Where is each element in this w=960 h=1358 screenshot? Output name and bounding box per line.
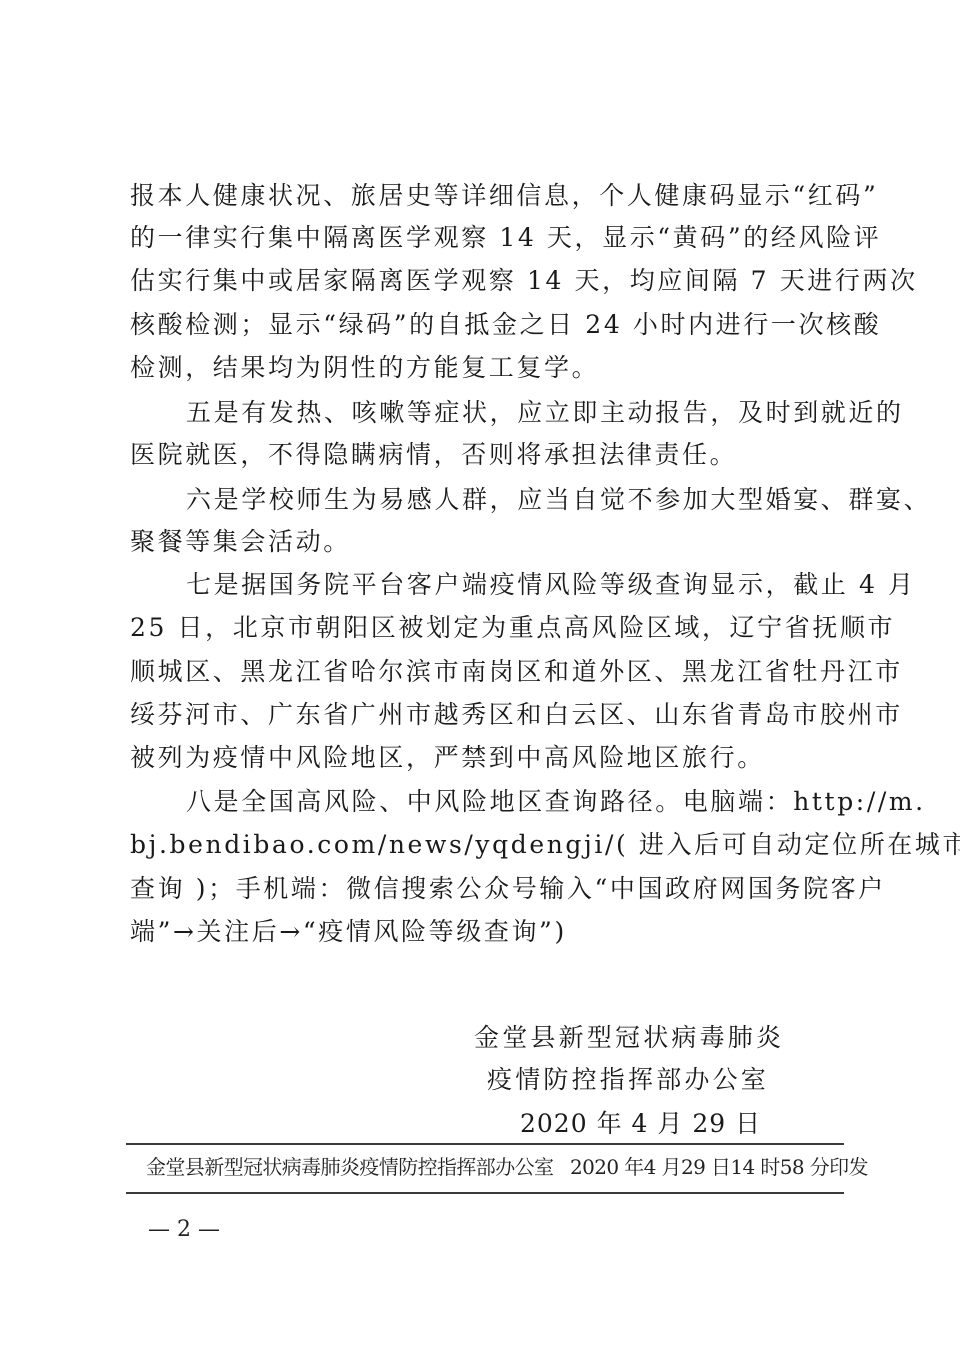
paragraph-8-line-1: 八是全国高风险、中风险地区查询路径。电脑端：http://m. [186, 781, 840, 823]
body-line-5: 检测，结果均为阴性的方能复工复学。 [130, 347, 840, 389]
paragraph-7-line-2: 25 日，北京市朝阳区被划定为重点高风险区域，辽宁省抚顺市 [130, 607, 840, 649]
footer-top-rule [126, 1143, 844, 1145]
page-number: — 2 — [148, 1214, 220, 1246]
signature-org-line-1: 金堂县新型冠状病毒肺炎 [474, 1017, 784, 1059]
body-line-1: 报本人健康状况、旅居史等详细信息，个人健康码显示“红码” [130, 175, 840, 217]
body-line-3: 估实行集中或居家隔离医学观察 14 天，均应间隔 7 天进行两次 [130, 260, 840, 302]
paragraph-5-line-1: 五是有发热、咳嗽等症状，应立即主动报告，及时到就近的 [186, 392, 840, 434]
paragraph-5-line-2: 医院就医，不得隐瞒病情，否则将承担法律责任。 [130, 434, 840, 476]
paragraph-7-line-3: 顺城区、黑龙江省哈尔滨市南岗区和道外区、黑龙江省牡丹江市 [130, 651, 840, 693]
paragraph-8-line-2: bj.bendibao.com/news/yqdengji/( 进入后可自动定位… [130, 824, 840, 866]
paragraph-7-line-5: 被列为疫情中风险地区，严禁到中高风险地区旅行。 [130, 737, 840, 779]
paragraph-8-line-3: 查询 )；手机端：微信搜索公众号输入“中国政府网国务院客户 [130, 868, 840, 910]
paragraph-6-line-1: 六是学校师生为易感人群，应当自觉不参加大型婚宴、群宴、 [186, 479, 840, 521]
body-line-4: 核酸检测；显示“绿码”的自抵金之日 24 小时内进行一次核酸 [130, 304, 840, 346]
paragraph-7-line-4: 绥芬河市、广东省广州市越秀区和白云区、山东省青岛市胶州市 [130, 694, 840, 736]
footer-issuer: 金堂县新型冠状病毒肺炎疫情防控指挥部办公室 [146, 1152, 553, 1182]
document-page: 报本人健康状况、旅居史等详细信息，个人健康码显示“红码” 的一律实行集中隔离医学… [0, 0, 960, 1358]
signature-org-line-2: 疫情防控指挥部办公室 [487, 1059, 769, 1101]
signature-date: 2020 年 4 月 29 日 [520, 1103, 761, 1145]
paragraph-6-line-2: 聚餐等集会活动。 [130, 521, 840, 563]
body-line-2: 的一律实行集中隔离医学观察 14 天，显示“黄码”的经风险评 [130, 217, 840, 259]
footer-printed-date: 2020 年4 月29 日14 时58 分印发 [570, 1152, 868, 1182]
paragraph-7-line-1: 七是据国务院平台客户端疫情风险等级查询显示，截止 4 月 [186, 564, 840, 606]
paragraph-8-line-4: 端”→关注后→“疫情风险等级查询”) [130, 911, 840, 953]
footer-bottom-rule [126, 1192, 844, 1194]
